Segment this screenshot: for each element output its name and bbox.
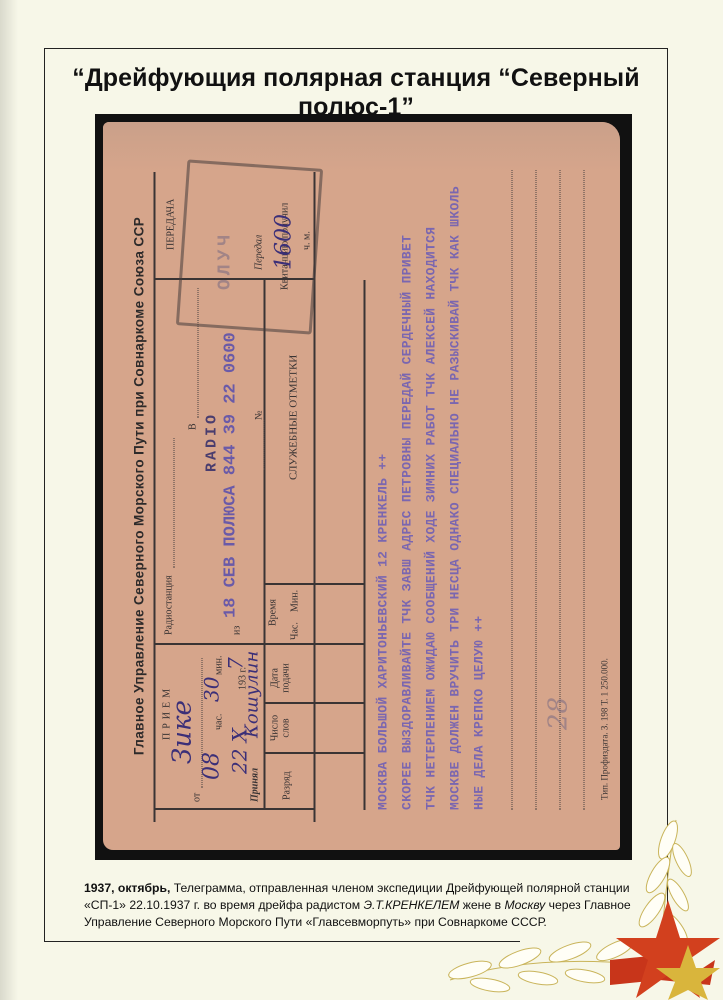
table-rule (263, 280, 265, 810)
telegram-rotated-content: Главное Управление Северного Морского Пу… (103, 122, 620, 850)
form-top-rule (153, 172, 155, 822)
form-left-rule (153, 809, 313, 811)
table-col-rule-3 (263, 644, 363, 646)
minute-header: Мин. (289, 590, 300, 612)
table-col-rule-1 (263, 753, 363, 755)
caption-date: 1937, октябрь, (84, 881, 170, 895)
passed-label: Передал (253, 235, 264, 270)
message-rule-2 (535, 170, 536, 810)
minute-label: мин. (213, 655, 224, 675)
table-col-rule-4 (263, 584, 363, 586)
origin-from-label: из (231, 626, 242, 635)
words-header: Число слов (269, 708, 291, 748)
telegram-header: Главное Управление Северного Морского Пу… (131, 122, 146, 850)
number-label: № (253, 410, 264, 420)
page-edge-shadow (0, 0, 18, 1000)
telegram-photo: Главное Управление Северного Морского Пу… (95, 114, 632, 860)
radio-stamp: RADIO (203, 412, 220, 472)
laurel-star-decoration-icon (430, 780, 723, 1000)
transmission-time-label: ч. м. (301, 231, 312, 250)
date-header: Дата подачи (269, 656, 291, 700)
print-footer: Тип. Профиздата. З. 198 Т. 1 250.000. (599, 658, 609, 800)
minute-handwritten: 30 (199, 677, 223, 702)
table-bottom-rule (363, 280, 365, 810)
accepted-signature: Кошулин (241, 651, 262, 738)
received-stamp-text: ОЛУЧ (215, 231, 235, 290)
origin-line: 18 СЕВ ПОЛЮСА 844 39 22 0600 (221, 332, 240, 618)
radiostation-label: Радиостанция (163, 575, 174, 635)
category-header: Разряд (281, 771, 292, 800)
transmission-label: ПЕРЕДАЧА (165, 199, 176, 250)
message-rule-1 (511, 170, 512, 810)
from-label: от (191, 793, 202, 802)
service-marks-label: СЛУЖЕБНЫЕ ОТМЕТКИ (287, 355, 299, 480)
hour-handwritten: 08 (199, 752, 224, 780)
time-header: Время (267, 599, 278, 626)
radiostation-line (173, 438, 174, 568)
number-line (263, 420, 264, 470)
hour-label: час. (213, 714, 224, 730)
message-line-3: ТЧК НЕТЕРПЕНИЕМ ОЖИДАЮ СООБЩЕНИЙ ХОДЕ ЗИ… (423, 227, 438, 810)
message-line-1: МОСКВА БОЛЬШОЙ ХАРИТОНЬЕВСКИЙ 12 КРЕНКЕЛ… (375, 454, 390, 810)
receipt-value: 1600 (271, 214, 296, 270)
hour-header: Час. (289, 622, 300, 640)
from-handwritten: Зике (167, 700, 197, 764)
table-col-rule-2 (263, 703, 363, 705)
message-line-4: МОСКВЕ ДОЛЖЕН ВРУЧИТЬ ТРИ НЕСЦА ОДНАКО С… (447, 186, 462, 810)
telegram-paper: Главное Управление Северного Морского Пу… (103, 122, 620, 850)
in-label: В (187, 423, 198, 430)
message-rule-4 (583, 170, 584, 810)
accepted-label: Принял (249, 768, 260, 802)
pencil-note: 28 (543, 697, 573, 730)
message-line-2: СКОРЕЕ ВЫЗДОРАВЛИВАЙТЕ ТЧК ЗАВШ АДРЕС ПЕ… (399, 235, 414, 810)
